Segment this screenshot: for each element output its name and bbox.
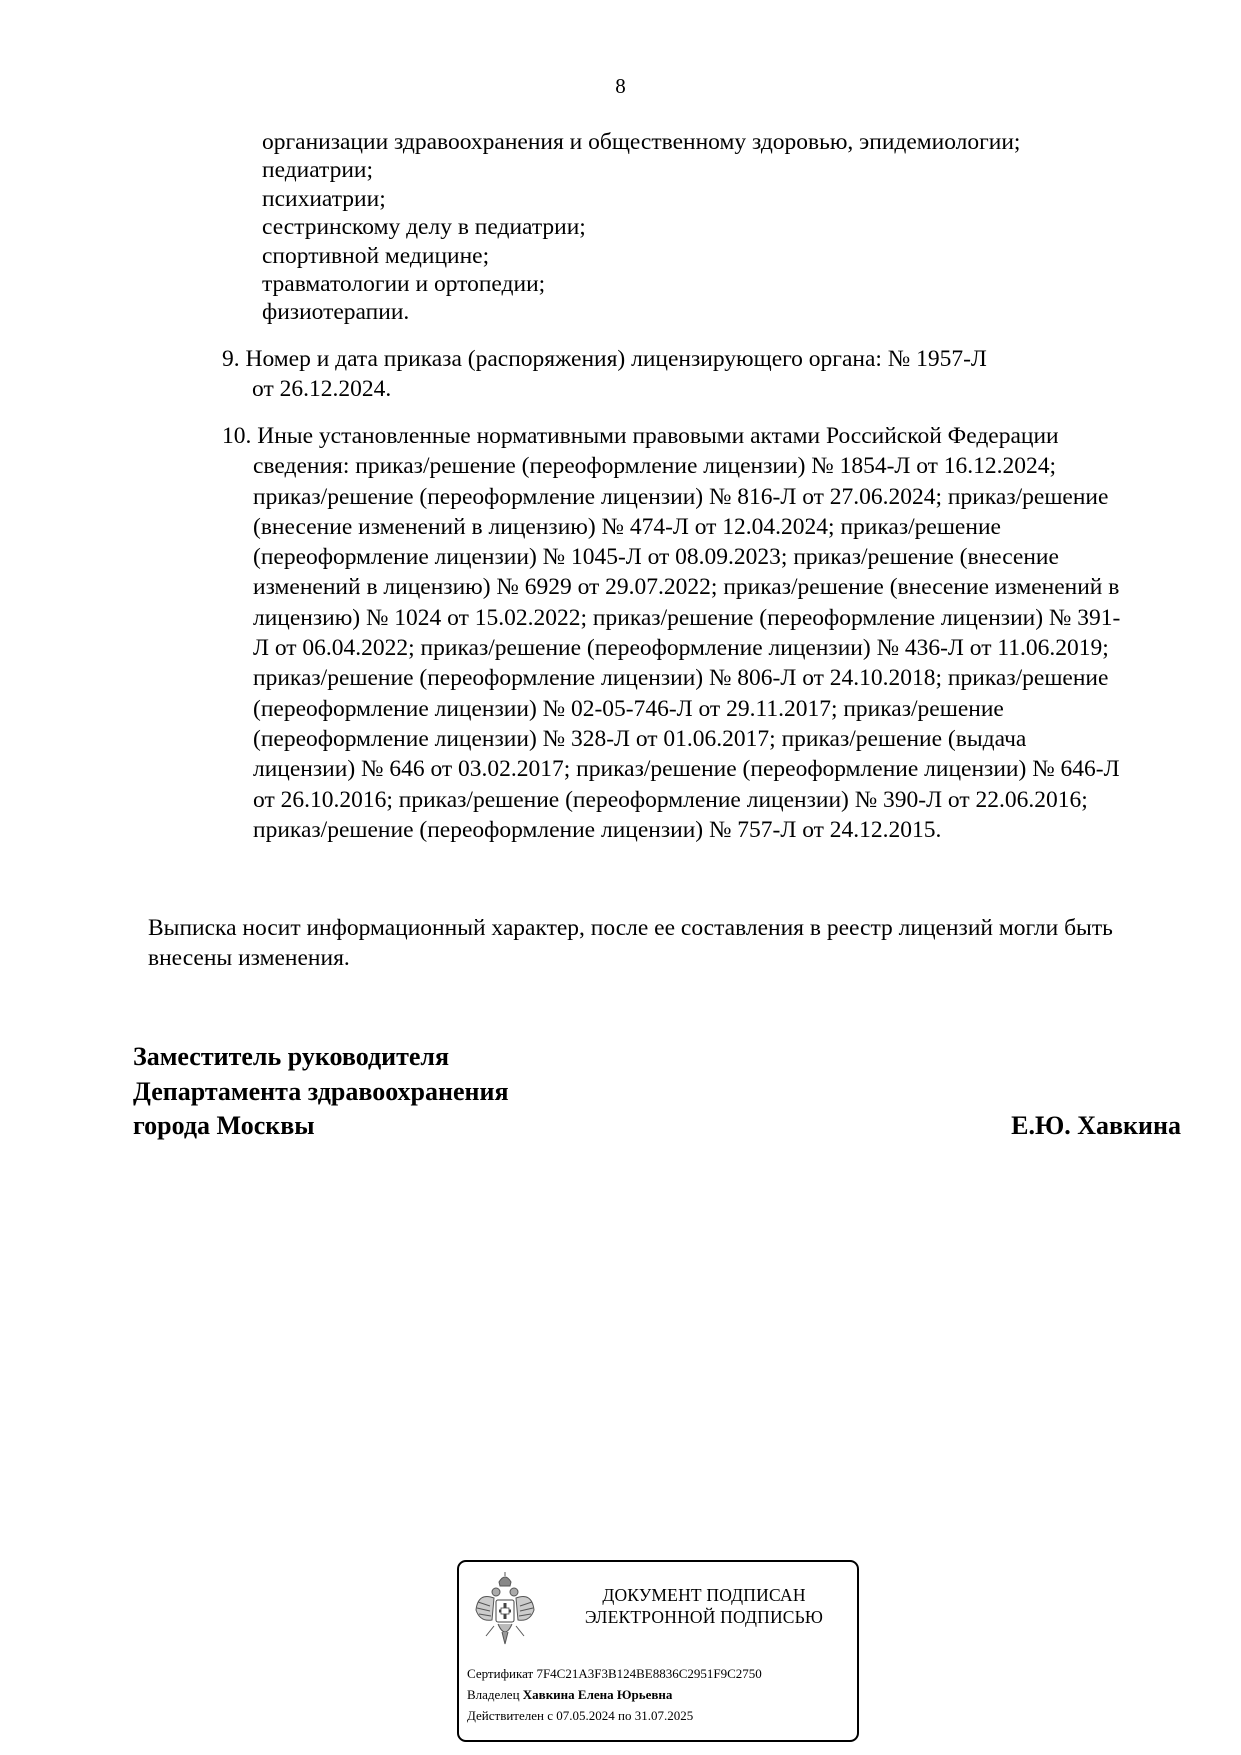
specialty-item: организации здравоохранения и общественн… bbox=[262, 128, 1222, 156]
section-number: 9. bbox=[222, 346, 240, 372]
section-line: от 26.10.2016; приказ/решение (переоформ… bbox=[222, 785, 1187, 815]
section-line: приказ/решение (переоформление лицензии)… bbox=[222, 482, 1187, 512]
specialty-item: спортивной медицине; bbox=[262, 242, 1222, 270]
specialty-item: физиотерапии. bbox=[262, 298, 1222, 326]
specialty-item: сестринскому делу в педиатрии; bbox=[262, 213, 1222, 241]
stamp-info: Сертификат 7F4C21A3F3B124BE8836C2951F9C2… bbox=[467, 1663, 857, 1726]
validity-value: с 07.05.2024 по 31.07.2025 bbox=[547, 1708, 693, 1723]
coat-of-arms-icon bbox=[472, 1570, 538, 1650]
section-10-other-info: 10. Иные установленные нормативными прав… bbox=[222, 421, 1187, 845]
signer-position-line: Заместитель руководителя bbox=[133, 1040, 1183, 1075]
section-line: 10. Иные установленные нормативными прав… bbox=[222, 421, 1187, 451]
specialty-item: психиатрии; bbox=[262, 185, 1222, 213]
electronic-signature-stamp: ДОКУМЕНТ ПОДПИСАН ЭЛЕКТРОННОЙ ПОДПИСЬЮ С… bbox=[457, 1560, 859, 1742]
page-number: 8 bbox=[0, 74, 1241, 98]
section-line: 9. Номер и дата приказа (распоряжения) л… bbox=[222, 344, 1187, 374]
certificate-row: Сертификат 7F4C21A3F3B124BE8836C2951F9C2… bbox=[467, 1663, 857, 1684]
specialty-item: травматологии и ортопедии; bbox=[262, 270, 1222, 298]
owner-value: Хавкина Елена Юрьевна bbox=[523, 1687, 673, 1702]
section-line: приказ/решение (переоформление лицензии)… bbox=[222, 815, 1187, 845]
informational-notice: Выписка носит информационный характер, п… bbox=[148, 913, 1228, 973]
section-line: от 26.12.2024. bbox=[222, 374, 1187, 404]
section-9-order-number: 9. Номер и дата приказа (распоряжения) л… bbox=[222, 344, 1187, 405]
section-line: сведения: приказ/решение (переоформление… bbox=[222, 451, 1187, 481]
section-line: (переоформление лицензии) № 328-Л от 01.… bbox=[222, 724, 1187, 754]
notice-line: Выписка носит информационный характер, п… bbox=[148, 913, 1228, 943]
section-line: (переоформление лицензии) № 02-05-746-Л … bbox=[222, 694, 1187, 724]
section-line: лицензию) № 1024 от 15.02.2022; приказ/р… bbox=[222, 603, 1187, 633]
certificate-value: 7F4C21A3F3B124BE8836C2951F9C2750 bbox=[536, 1666, 761, 1681]
signer-position-line: Департамента здравоохранения bbox=[133, 1075, 1183, 1110]
section-line: лицензии) № 646 от 03.02.2017; приказ/ре… bbox=[222, 754, 1187, 784]
section-line: изменений в лицензию) № 6929 от 29.07.20… bbox=[222, 572, 1187, 602]
section-line: (внесение изменений в лицензию) № 474-Л … bbox=[222, 512, 1187, 542]
section-line: (переоформление лицензии) № 1045-Л от 08… bbox=[222, 542, 1187, 572]
specialties-list: организации здравоохранения и общественн… bbox=[262, 128, 1222, 327]
signer-name: Е.Ю. Хавкина bbox=[1011, 1109, 1181, 1144]
notice-line: внесены изменения. bbox=[148, 943, 1228, 973]
stamp-title: ДОКУМЕНТ ПОДПИСАН ЭЛЕКТРОННОЙ ПОДПИСЬЮ bbox=[559, 1584, 849, 1628]
section-line: Л от 06.04.2022; приказ/решение (переофо… bbox=[222, 633, 1187, 663]
owner-row: Владелец Хавкина Елена Юрьевна bbox=[467, 1684, 857, 1705]
section-number: 10. bbox=[222, 423, 251, 449]
specialty-item: педиатрии; bbox=[262, 156, 1222, 184]
section-line: приказ/решение (переоформление лицензии)… bbox=[222, 663, 1187, 693]
validity-row: Действителен с 07.05.2024 по 31.07.2025 bbox=[467, 1705, 857, 1726]
